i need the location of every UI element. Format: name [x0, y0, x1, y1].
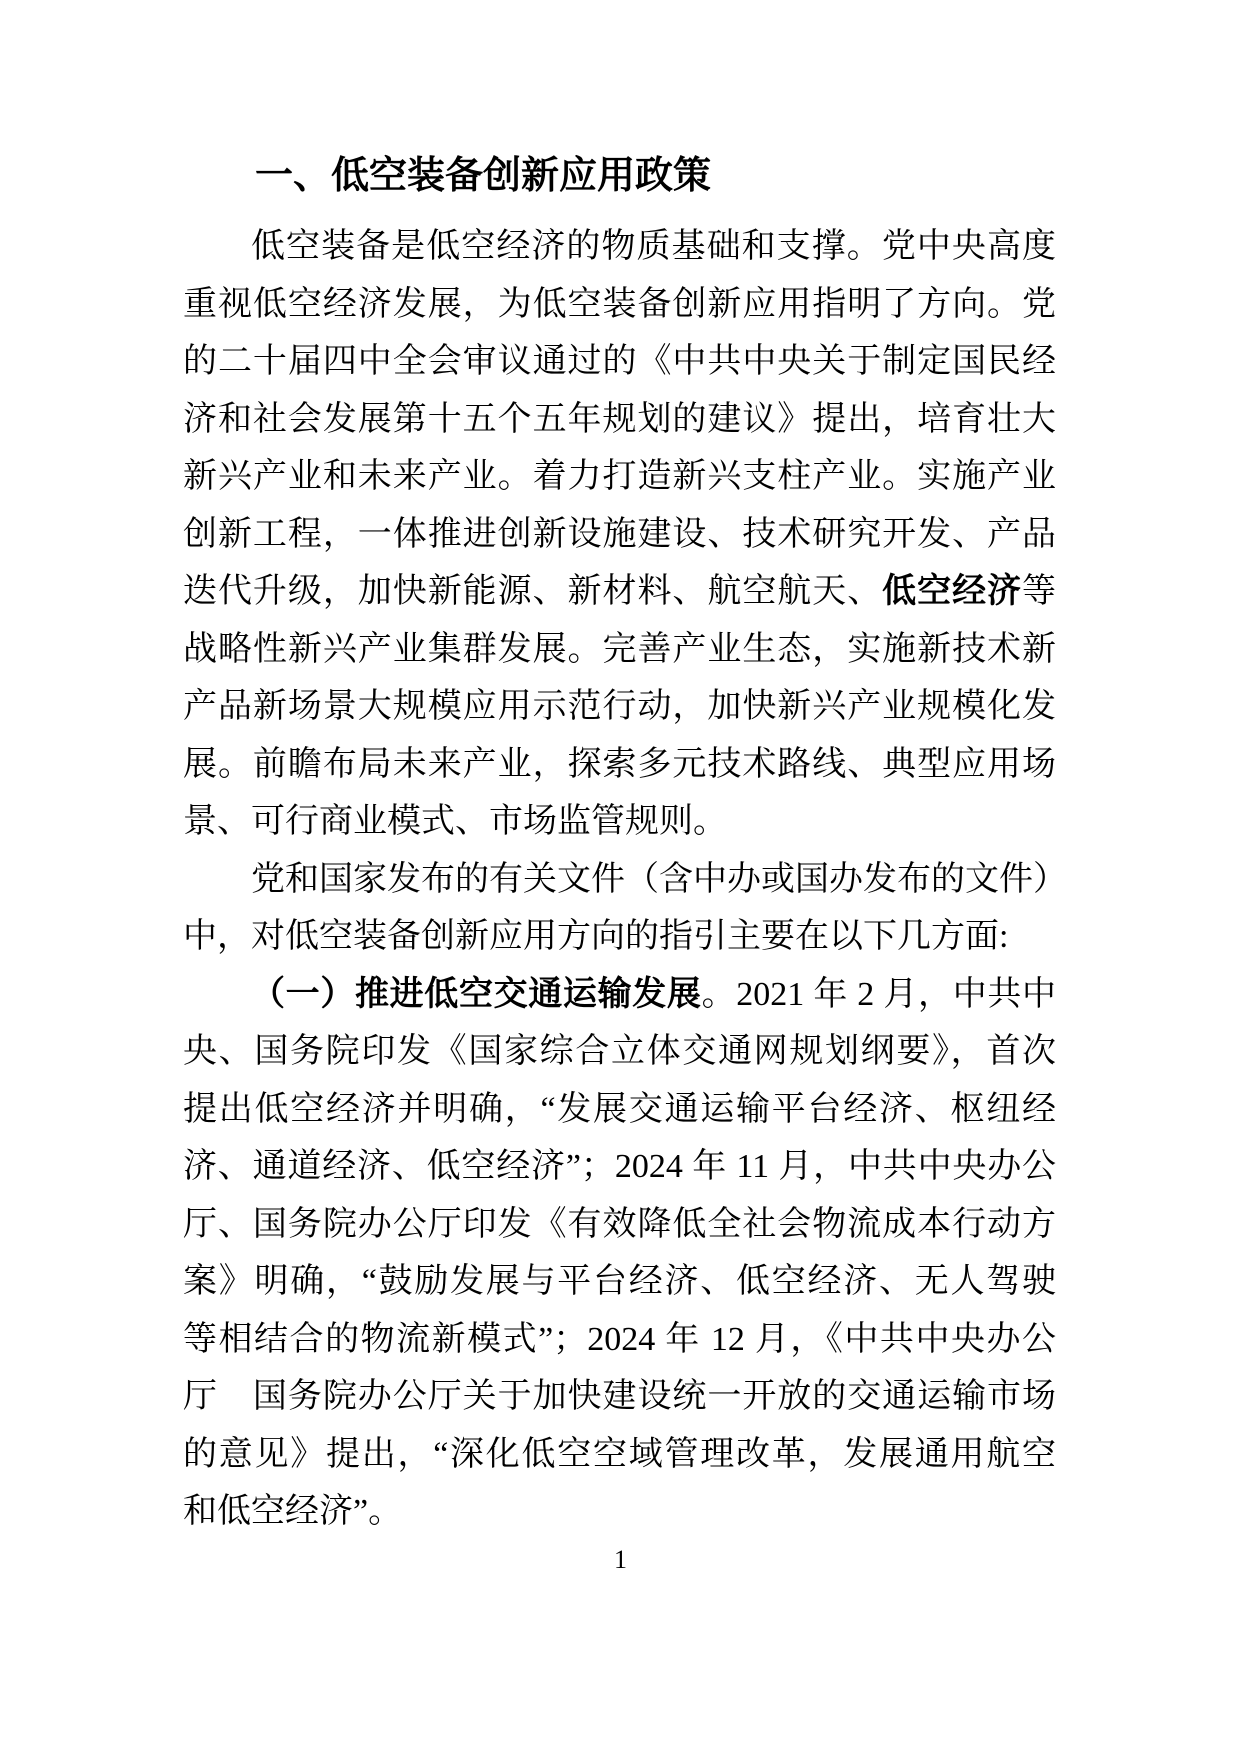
body-line: 党和国家发布的有关文件（含中办或国办发布的文件） — [183, 851, 1056, 909]
document-page: 一、低空装备创新应用政策 低空装备是低空经济的物质基础和支撑。党中央高度 重视低… — [0, 0, 1241, 1754]
body-line: 战略性新兴产业集群发展。完善产业生态，实施新技术新 — [183, 621, 1056, 679]
body-line: 厅、国务院办公厅印发《有效降低全社会物流成本行动方 — [183, 1196, 1056, 1254]
body-line: 低空装备是低空经济的物质基础和支撑。党中央高度 — [183, 218, 1056, 276]
body-line: 济和社会发展第十五个五年规划的建议》提出，培育壮大 — [183, 391, 1056, 449]
body-line: 创新工程，一体推进创新设施建设、技术研究开发、产品 — [183, 506, 1056, 564]
body-line: 展。前瞻布局未来产业，探索多元技术路线、典型应用场 — [183, 736, 1056, 794]
body-line: 新兴产业和未来产业。着力打造新兴支柱产业。实施产业 — [183, 448, 1056, 506]
body-text: 迭代升级，加快新能源、新材料、航空航天、 — [183, 573, 882, 610]
body-line: 产品新场景大规模应用示范行动，加快新兴产业规模化发 — [183, 678, 1056, 736]
body-line: 的意见》提出，“深化低空空域管理改革，发展通用航空 — [183, 1426, 1056, 1484]
body-line: 中，对低空装备创新应用方向的指引主要在以下几方面: — [183, 908, 1056, 966]
body-line: 央、国务院印发《国家综合立体交通网规划纲要》，首次 — [183, 1023, 1056, 1081]
subsection-title: （一）推进低空交通运输发展 — [251, 976, 702, 1013]
body-line: 重视低空经济发展，为低空装备创新应用指明了方向。党 — [183, 276, 1056, 334]
body-line: （一）推进低空交通运输发展。2021 年 2 月，中共中 — [183, 966, 1056, 1024]
page-number: 1 — [0, 1545, 1241, 1575]
body-line: 和低空经济”。 — [183, 1483, 1056, 1541]
body-text: 等 — [1022, 573, 1056, 610]
bold-term: 低空经济 — [882, 573, 1022, 610]
body-line: 景、可行商业模式、市场监管规则。 — [183, 793, 1056, 851]
body-line: 提出低空经济并明确，“发展交通运输平台经济、枢纽经 — [183, 1081, 1056, 1139]
body-line: 案》明确，“鼓励发展与平台经济、低空经济、无人驾驶 — [183, 1253, 1056, 1311]
text-block: 一、低空装备创新应用政策 低空装备是低空经济的物质基础和支撑。党中央高度 重视低… — [183, 150, 1056, 1541]
body-line: 迭代升级，加快新能源、新材料、航空航天、低空经济等 — [183, 563, 1056, 621]
body-line: 的二十届四中全会审议通过的《中共中央关于制定国民经 — [183, 333, 1056, 391]
body-line: 济、通道经济、低空经济”；2024 年 11 月，中共中央办公 — [183, 1138, 1056, 1196]
body-text: 。2021 年 2 月，中共中 — [702, 976, 1056, 1013]
body-line: 厅 国务院办公厅关于加快建设统一开放的交通运输市场 — [183, 1368, 1056, 1426]
section-heading: 一、低空装备创新应用政策 — [183, 150, 1056, 202]
body-line: 等相结合的物流新模式”；2024 年 12 月，《中共中央办公 — [183, 1311, 1056, 1369]
